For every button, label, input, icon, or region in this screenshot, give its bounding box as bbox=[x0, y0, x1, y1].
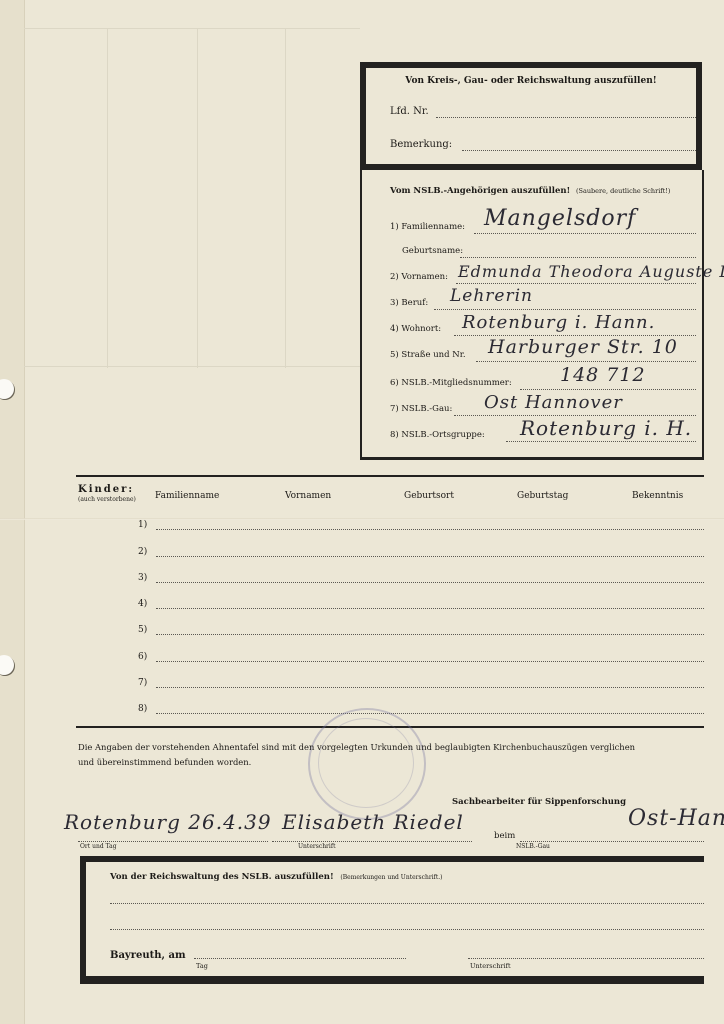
gau-value: Ost Hannover bbox=[484, 392, 623, 413]
child-row-2[interactable] bbox=[156, 555, 704, 557]
member-box-heading: Vom NSLB.-Angehörigen auszufüllen! bbox=[390, 186, 570, 196]
col-header-familienname: Familienname bbox=[155, 491, 219, 501]
reich-remarks-line-2[interactable] bbox=[110, 928, 704, 930]
bleed-through-line bbox=[24, 366, 360, 367]
children-subtitle: (auch verstorbene) bbox=[78, 496, 136, 503]
child-row-number: 6) bbox=[138, 652, 147, 662]
child-row-number: 7) bbox=[138, 678, 147, 688]
familienname-field[interactable] bbox=[474, 232, 696, 234]
child-row-number: 1) bbox=[138, 520, 147, 530]
child-row-number: 5) bbox=[138, 625, 147, 635]
lfd-nr-label: Lfd. Nr. bbox=[390, 106, 429, 117]
child-row-number: 4) bbox=[138, 599, 147, 609]
reich-signature-label: Unterschrift bbox=[470, 962, 511, 970]
child-row-6[interactable] bbox=[156, 660, 704, 662]
bleed-through-line bbox=[107, 28, 108, 368]
col-header-bekenntnis: Bekenntnis bbox=[632, 491, 683, 501]
vornamen-value: Edmunda Theodora Auguste Li bbox=[458, 262, 724, 281]
vornamen-field[interactable] bbox=[456, 282, 696, 284]
field-label-ortsgruppe: 8) NSLB.-Ortsgruppe: bbox=[390, 430, 485, 440]
place-date-field[interactable] bbox=[78, 840, 268, 842]
member-box-heading-wrap: Vom NSLB.-Angehörigen auszufüllen! (Saub… bbox=[390, 186, 670, 196]
reich-box-bottom-border bbox=[80, 976, 704, 983]
gau-label: NSLB.-Gau bbox=[516, 843, 550, 850]
paper-edge bbox=[0, 0, 25, 1024]
officer-title: Sachbearbeiter für Sippenforschung bbox=[452, 797, 626, 807]
beruf-value: Lehrerin bbox=[450, 286, 533, 306]
reich-box-heading: Von der Reichswaltung des NSLB. auszufül… bbox=[110, 872, 334, 882]
beruf-field[interactable] bbox=[434, 308, 696, 310]
child-row-3[interactable] bbox=[156, 581, 704, 583]
bleed-through-line bbox=[24, 28, 360, 29]
familienname-value: Mangelsdorf bbox=[484, 206, 636, 231]
bleed-through-line bbox=[285, 28, 286, 368]
place-date-label: Ort und Tag bbox=[80, 843, 117, 850]
field-label-strasse: 5) Straße und Nr. bbox=[390, 350, 466, 360]
children-title: Kinder: bbox=[78, 484, 134, 495]
child-row-5[interactable] bbox=[156, 633, 704, 635]
child-row-8[interactable] bbox=[156, 712, 704, 714]
bleed-through-line bbox=[197, 28, 198, 368]
child-row-number: 8) bbox=[138, 704, 147, 714]
reich-box-heading-wrap: Von der Reichswaltung des NSLB. auszufül… bbox=[110, 872, 443, 882]
reich-date-field[interactable] bbox=[194, 957, 406, 959]
bemerkung-label: Bemerkung: bbox=[390, 139, 452, 150]
member-box-note: (Saubere, deutliche Schrift!) bbox=[576, 187, 670, 195]
child-row-number: 2) bbox=[138, 547, 147, 557]
col-header-vornamen: Vornamen bbox=[285, 491, 331, 501]
certification-text-line2: und übereinstimmend befunden worden. bbox=[78, 757, 251, 767]
field-label-mitgliedsnummer: 6) NSLB.-Mitgliedsnummer: bbox=[390, 378, 512, 388]
day-label: Tag bbox=[196, 962, 208, 970]
signature-value: Elisabeth Riedel bbox=[282, 810, 464, 834]
col-header-geburtsort: Geburtsort bbox=[404, 491, 454, 501]
ortsgruppe-field[interactable] bbox=[506, 440, 696, 442]
fold-crease bbox=[0, 518, 724, 520]
agency-box-heading: Von Kreis-, Gau- oder Reichswaltung ausz… bbox=[366, 76, 696, 86]
bayreuth-label: Bayreuth, am bbox=[110, 950, 186, 961]
child-row-4[interactable] bbox=[156, 607, 704, 609]
ortsgruppe-value: Rotenburg i. H. bbox=[520, 416, 692, 440]
mitgliedsnummer-value: 148 712 bbox=[560, 364, 646, 386]
beim-label: beim bbox=[494, 831, 515, 841]
field-label-vornamen: 2) Vornamen: bbox=[390, 272, 448, 282]
wohnort-value: Rotenburg i. Hann. bbox=[462, 312, 655, 333]
children-top-rule bbox=[76, 475, 704, 477]
signature-label: Unterschrift bbox=[298, 843, 335, 850]
child-row-7[interactable] bbox=[156, 686, 704, 688]
reich-remarks-line-1[interactable] bbox=[110, 902, 704, 904]
reich-box-note: (Bemerkungen und Unterschrift.) bbox=[340, 874, 442, 881]
signature-field[interactable] bbox=[272, 840, 472, 842]
reich-box-top-border bbox=[80, 856, 704, 862]
field-label-wohnort: 4) Wohnort: bbox=[390, 324, 441, 334]
field-label-beruf: 3) Beruf: bbox=[390, 298, 428, 308]
child-row-1[interactable] bbox=[156, 528, 704, 530]
official-stamp-inner-ring bbox=[318, 718, 414, 808]
field-label-familienname: 1) Familienname: bbox=[390, 222, 465, 232]
child-row-number: 3) bbox=[138, 573, 147, 583]
gau-signature-field[interactable] bbox=[520, 840, 704, 842]
reich-signature-field[interactable] bbox=[468, 957, 704, 959]
strasse-field[interactable] bbox=[476, 360, 696, 362]
mitgliedsnummer-field[interactable] bbox=[520, 388, 696, 390]
lfd-nr-field[interactable] bbox=[436, 116, 696, 118]
field-label-gau: 7) NSLB.-Gau: bbox=[390, 404, 452, 414]
bemerkung-field[interactable] bbox=[462, 149, 696, 151]
strasse-value: Harburger Str. 10 bbox=[488, 336, 678, 358]
geburtsname-field[interactable] bbox=[460, 256, 696, 258]
field-label-geburtsname: Geburtsname: bbox=[402, 246, 463, 256]
certification-text-line1: Die Angaben der vorstehenden Ahnentafel … bbox=[78, 742, 635, 752]
place-date-value: Rotenburg 26.4.39 bbox=[64, 810, 272, 834]
col-header-geburtstag: Geburtstag bbox=[517, 491, 568, 501]
gau-signature-value: Ost-Hann bbox=[628, 806, 724, 831]
